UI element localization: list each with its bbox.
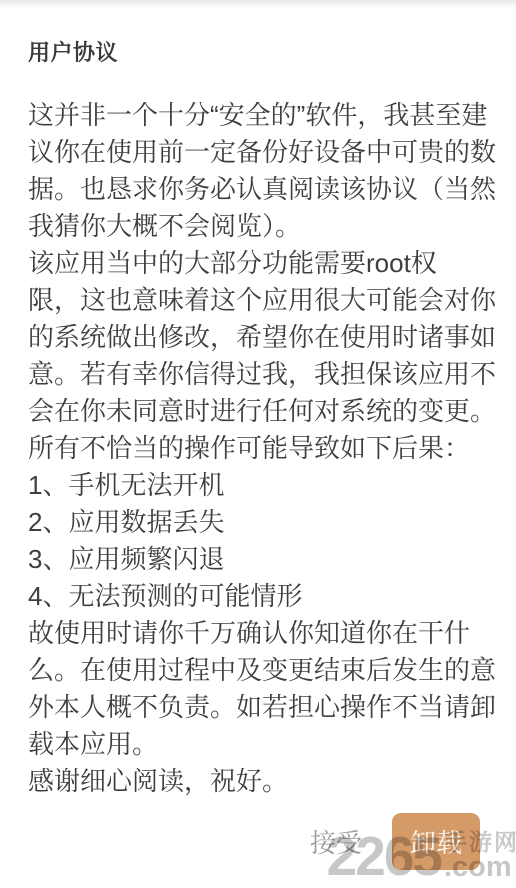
agreement-line: 么。在使用过程中及变更结束后发生的意 (28, 652, 496, 689)
page-title: 用户协议 (28, 36, 118, 67)
user-agreement-dialog: 用户协议 这并非一个十分“安全的”软件，我甚至建 议你在使用前一定备份好设备中可… (0, 0, 516, 888)
agreement-line: 外本人概不负责。如若担心操作不当请卸 (28, 689, 496, 726)
agreement-line: 所有不恰当的操作可能导致如下后果： (28, 430, 496, 467)
agreement-list-item: 1、手机无法开机 (28, 467, 496, 504)
agreement-line: 该应用当中的大部分功能需要root权 (28, 245, 496, 282)
agreement-list-item: 4、无法预测的可能情形 (28, 578, 496, 615)
agreement-line: 据。也恳求你务必认真阅读该协议（当然 (28, 171, 496, 208)
dialog-button-bar: 接受 卸载 (308, 809, 480, 874)
agreement-line: 议你在使用前一定备份好设备中可贵的数 (28, 134, 496, 171)
accept-button[interactable]: 接受 (308, 809, 364, 874)
agreement-text: 这并非一个十分“安全的”软件，我甚至建 议你在使用前一定备份好设备中可贵的数 据… (28, 97, 496, 800)
dialog-top-shadow (0, 0, 516, 9)
uninstall-button[interactable]: 卸载 (392, 813, 480, 870)
agreement-line: 的系统做出修改，希望你在使用时诸事如 (28, 319, 496, 356)
agreement-list-item: 3、应用频繁闪退 (28, 541, 496, 578)
agreement-line: 载本应用。 (28, 726, 496, 763)
agreement-line: 故使用时请你千万确认你知道你在干什 (28, 615, 496, 652)
agreement-line: 我猜你大概不会阅览）。 (28, 208, 496, 245)
agreement-line: 限，这也意味着这个应用很大可能会对你 (28, 282, 496, 319)
agreement-line: 这并非一个十分“安全的”软件，我甚至建 (28, 97, 496, 134)
agreement-line: 会在你未同意时进行任何对系统的变更。 (28, 393, 496, 430)
agreement-list-item: 2、应用数据丢失 (28, 504, 496, 541)
agreement-line: 意。若有幸你信得过我，我担保该应用不 (28, 356, 496, 393)
agreement-line: 感谢细心阅读，祝好。 (28, 763, 496, 800)
